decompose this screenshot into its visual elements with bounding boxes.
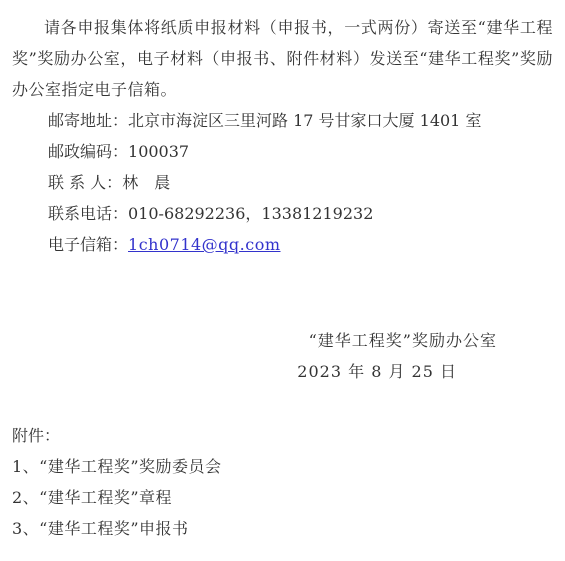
mail-address-label: 邮寄地址： (48, 111, 128, 130)
attachments-block: 附件： 1、“建华工程奖”奖励委员会 2、“建华工程奖”章程 3、“建华工程奖”… (12, 420, 553, 544)
attachment-item-3: 3、“建华工程奖”申报书 (12, 513, 553, 544)
phone-label: 联系电话： (48, 204, 128, 223)
email-row: 电子信箱：1ch0714@qq.com (48, 229, 553, 260)
phone-value: 010-68292236，13381219232 (128, 204, 373, 223)
mail-address-row: 邮寄地址：北京市海淀区三里河路 17 号甘家口大厦 1401 室 (48, 105, 553, 136)
postcode-label: 邮政编码： (48, 142, 128, 161)
contact-person-label: 联 系 人： (48, 173, 122, 192)
contact-person-value: 林 晨 (122, 173, 170, 192)
mail-address-value: 北京市海淀区三里河路 17 号甘家口大厦 1401 室 (128, 111, 481, 130)
document-page: 请各申报集体将纸质申报材料（申报书，一式两份）寄送至“建华工程奖”奖励办公室，电… (0, 0, 565, 561)
signature-block: “建华工程奖”奖励办公室 2023 年 8 月 25 日 (12, 325, 553, 387)
postcode-value: 100037 (128, 142, 189, 161)
email-label: 电子信箱： (48, 235, 128, 254)
attachment-item-2: 2、“建华工程奖”章程 (12, 482, 553, 513)
phone-row: 联系电话：010-68292236，13381219232 (48, 198, 553, 229)
postcode-row: 邮政编码：100037 (48, 136, 553, 167)
attachment-item-1: 1、“建华工程奖”奖励委员会 (12, 451, 553, 482)
contact-block: 邮寄地址：北京市海淀区三里河路 17 号甘家口大厦 1401 室 邮政编码：10… (12, 105, 553, 260)
body-paragraph: 请各申报集体将纸质申报材料（申报书，一式两份）寄送至“建华工程奖”奖励办公室，电… (12, 12, 553, 105)
email-link[interactable]: 1ch0714@qq.com (128, 235, 281, 254)
contact-person-row: 联 系 人：林 晨 (48, 167, 553, 198)
attachments-title: 附件： (12, 420, 553, 451)
signature-office: “建华工程奖”奖励办公室 (12, 325, 553, 356)
signature-date: 2023 年 8 月 25 日 (12, 356, 553, 387)
